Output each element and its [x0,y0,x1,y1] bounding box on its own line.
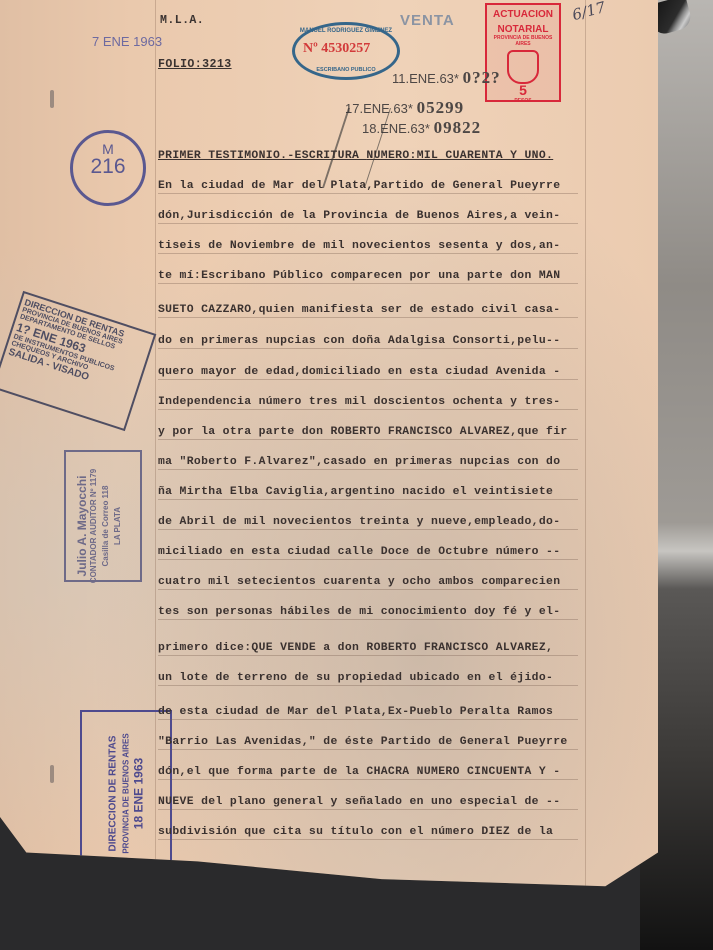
text-line: un lote de terreno de su propiedad ubica… [158,672,578,686]
text-line: ña Mirtha Elba Caviglia,argentino nacido… [158,486,578,500]
handwritten-note: 6/17 [570,0,607,24]
text-line: do en primeras nupcias con doña Adalgisa… [158,335,578,349]
signature-scribble [322,108,391,188]
notary-title: ESCRIBANO PUBLICO [295,67,397,73]
meter-date: 11.ENE.63* [392,71,459,86]
document-title-right: NUMERO:MIL CUARENTA Y UNO. [366,150,553,162]
accountant-address: Casilla de Correo 118 [100,456,112,596]
staple-hole [50,765,54,783]
meter-number: 05299 [417,98,465,117]
text-line: miciliado en esta ciudad calle Doce de O… [158,546,578,560]
meter-number: 0?2? [463,68,501,87]
accountant-stamp: Julio A. Mayocchi CONTADOR AUDITOR Nº 11… [64,450,142,582]
rentas-stamp-2-date: 18 ENE 1963 [133,720,146,868]
accountant-name: Julio A. Mayocchi [76,456,88,596]
rentas-stamp-sellos: DIRECCION DE RENTAS PROVINCIA DE BUENOS … [0,291,156,431]
text-line: y por la otra parte don ROBERTO FRANCISC… [158,426,578,440]
initials: M.L.A. [160,14,204,27]
text-line: tiseis de Noviembre de mil novecientos s… [158,240,578,254]
text-line: primero dice:QUE VENDE a don ROBERTO FRA… [158,642,578,656]
text-line: de esta ciudad de Mar del Plata,Ex-Puebl… [158,706,578,720]
document-title-left: PRIMER TESTIMONIO.-ESCRITURA [158,150,366,162]
fiscal-stamp-province: PROVINCIA DE BUENOS AIRES [487,35,559,47]
fiscal-stamp-currency: PESOS [487,98,559,104]
rentas-stamp-2-title: DIRECCION DE RENTAS [107,720,120,868]
fiscal-stamp-line1: ACTUACION [487,9,559,20]
text-line: NUEVE del plano general y señalado en un… [158,796,578,810]
text-line: dón,Jurisdicción de la Provincia de Buen… [158,210,578,224]
fiscal-stamp-line2: NOTARIAL [487,24,559,35]
text-line: quero mayor de edad,domiciliado en esta … [158,366,578,380]
notary-name: MANUEL RODRIGUEZ GIMENEZ [295,28,397,34]
notary-stamp-number: Nº 4530257 [303,41,370,57]
venta-label: VENTA [400,12,455,29]
meter-number: 09822 [434,118,482,137]
document-page: M.L.A. 7 ENE 1963 FOLIO:3213 MANUEL RODR… [0,0,658,888]
staple-hole [50,90,54,108]
coat-of-arms-icon [507,50,539,84]
margin-line-right [585,0,586,888]
circle-stamp-number: 216 [73,157,143,177]
accountant-stamp-text: Julio A. Mayocchi CONTADOR AUDITOR Nº 11… [76,456,124,596]
circle-stamp: M 216 [70,130,146,206]
accountant-title: CONTADOR AUDITOR Nº 1179 [88,456,100,596]
folio-number: FOLIO:3213 [158,58,232,71]
text-line: Independencia número tres mil doscientos… [158,396,578,410]
document-title: PRIMER TESTIMONIO.-ESCRITURA NUMERO:MIL … [158,150,578,163]
text-line: "Barrio Las Avenidas," de éste Partido d… [158,736,578,750]
text-line: subdivisión que cita su título con el nú… [158,826,578,840]
accountant-city: LA PLATA [112,456,124,596]
text-line: dón,el que forma parte de la CHACRA NUME… [158,766,578,780]
text-line: cuatro mil setecientos cuarenta y ocho a… [158,576,578,590]
text-line: de Abril de mil novecientos treinta y nu… [158,516,578,530]
date-stamp: 7 ENE 1963 [92,34,162,49]
text-line: ma "Roberto F.Alvarez",casado en primera… [158,456,578,470]
rentas-stamp-2-text: DIRECCION DE RENTAS PROVINCIA DE BUENOS … [107,720,146,868]
text-line: En la ciudad de Mar del Plata,Partido de… [158,180,578,194]
text-line: tes son personas hábiles de mi conocimie… [158,606,578,620]
notary-oval-stamp: MANUEL RODRIGUEZ GIMENEZ Nº 4530257 ESCR… [292,22,400,80]
text-line: SUETO CAZZARO,quien manifiesta ser de es… [158,304,578,318]
meter-mark: 11.ENE.63* 0?2? [392,68,501,88]
text-line: te mí:Escribano Público comparecen por u… [158,270,578,284]
